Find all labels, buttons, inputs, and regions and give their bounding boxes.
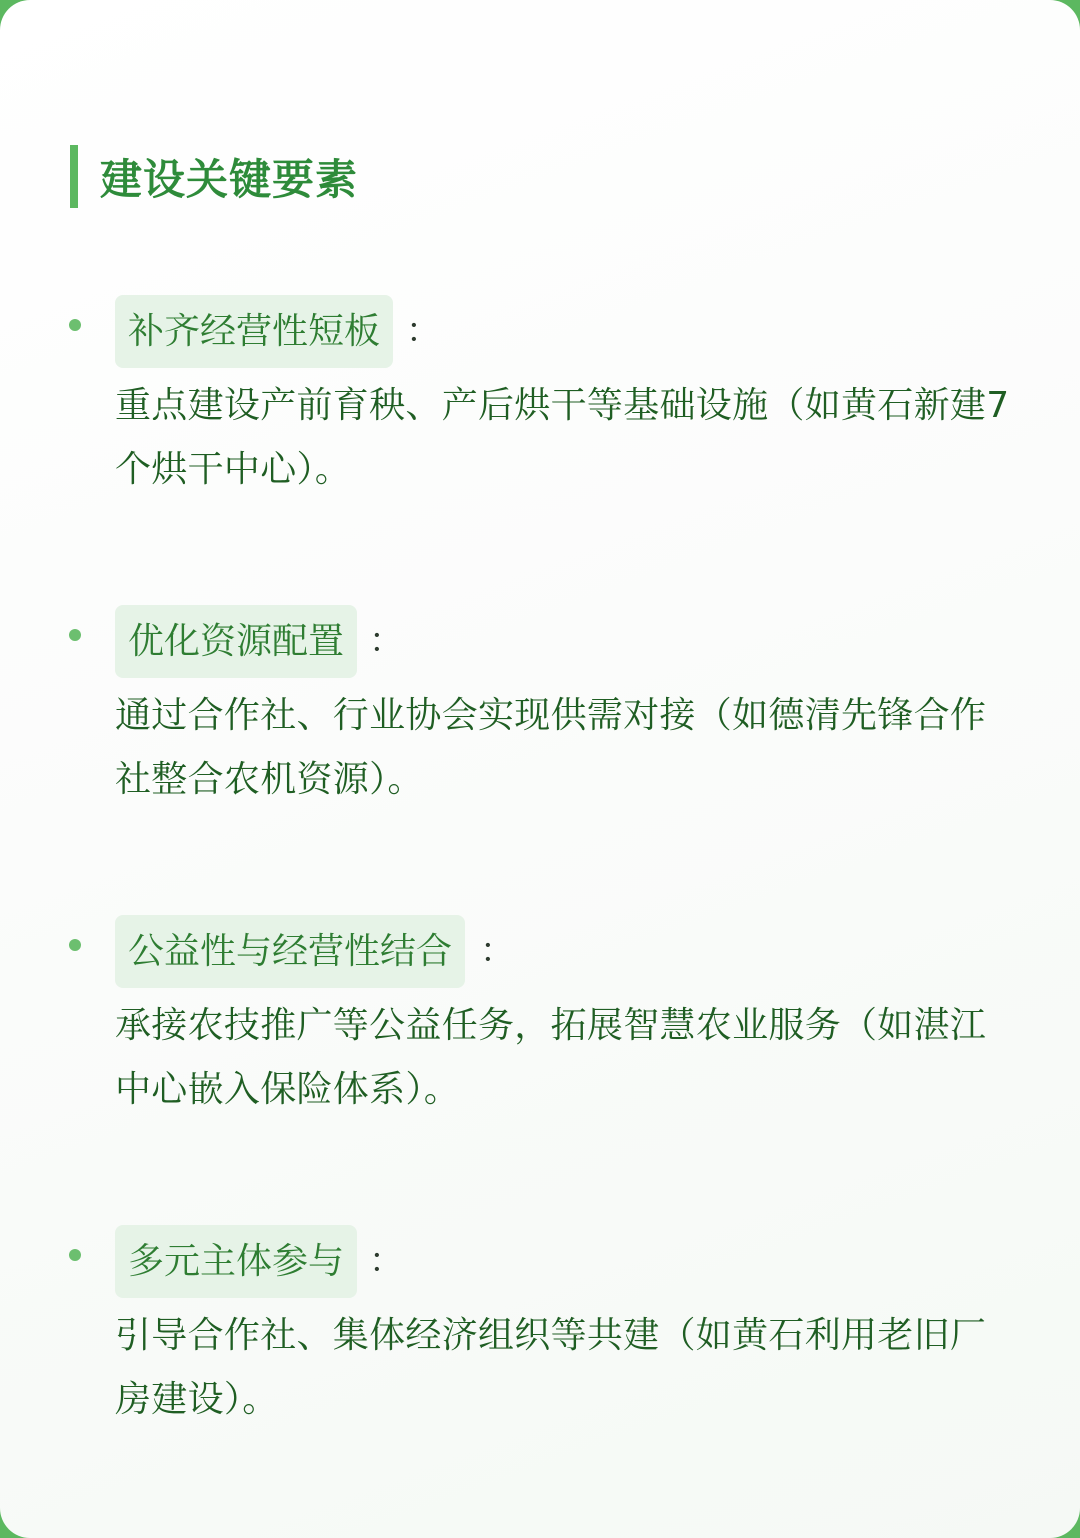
item-description: 承接农技推广等公益任务，拓展智慧农业服务（如湛江中心嵌入保险体系）。	[115, 994, 1015, 1122]
section-heading: 建设关键要素	[70, 145, 358, 208]
bullet-dot-icon	[69, 1249, 81, 1261]
bullet-dot-icon	[69, 939, 81, 951]
bullet-dot-icon	[69, 629, 81, 641]
label-colon: ：	[369, 1225, 403, 1298]
heading-accent-bar	[70, 145, 78, 208]
section-title: 建设关键要素	[100, 147, 358, 207]
item-description: 通过合作社、行业协会实现供需对接（如德清先锋合作社整合农机资源）。	[115, 684, 1015, 812]
label-colon: ：	[406, 295, 440, 368]
item-label-tag: 优化资源配置	[115, 605, 357, 678]
label-colon: ：	[480, 915, 514, 988]
item-label-tag: 公益性与经营性结合	[115, 915, 465, 988]
item-description: 重点建设产前育秧、产后烘干等基础设施（如黄石新建7个烘干中心）。	[115, 374, 1015, 502]
item-label-tag: 补齐经营性短板	[115, 295, 393, 368]
label-colon: ：	[369, 605, 403, 678]
item-description: 引导合作社、集体经济组织等共建（如黄石利用老旧厂房建设）。	[115, 1304, 1015, 1432]
item-label-tag: 多元主体参与	[115, 1225, 357, 1298]
content-card: 建设关键要素 补齐经营性短板 ： 重点建设产前育秧、产后烘干等基础设施（如黄石新…	[0, 0, 1080, 1538]
bullet-dot-icon	[69, 319, 81, 331]
